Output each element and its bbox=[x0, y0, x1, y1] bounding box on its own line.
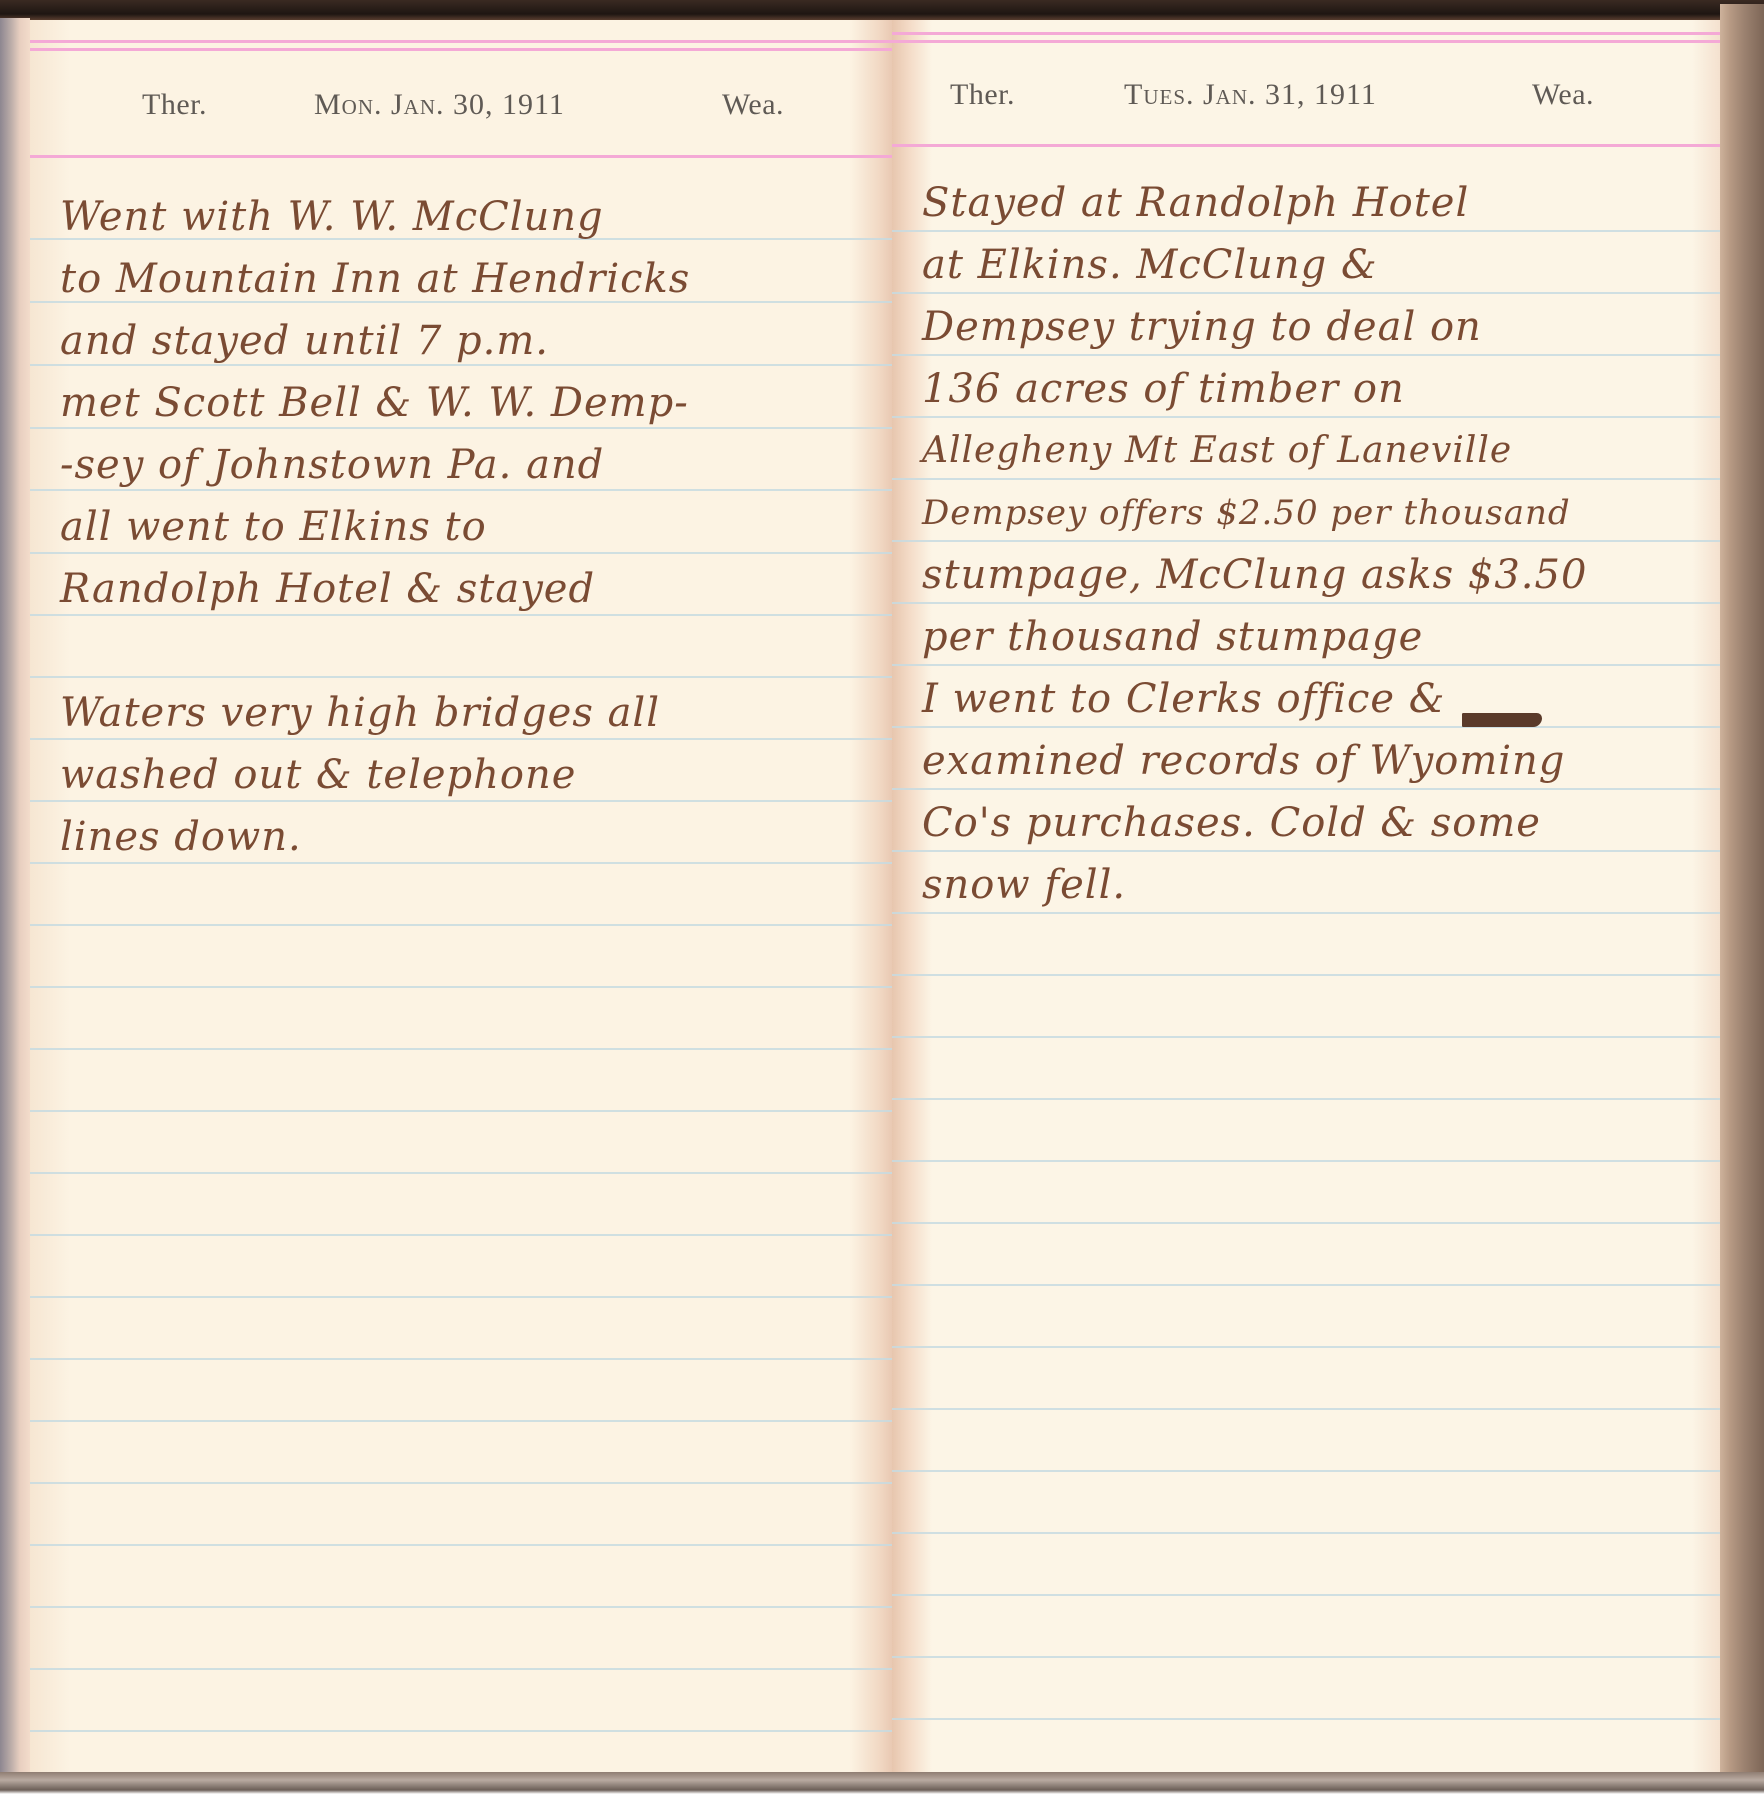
left-diary-page: Ther. Mon. Jan. 30, 1911 Wea. Went with … bbox=[30, 20, 892, 1772]
header-top-rule bbox=[30, 40, 892, 43]
entry-line: and stayed until 7 p.m. bbox=[60, 310, 690, 372]
entry-line: Co's purchases. Cold & some bbox=[922, 792, 1587, 854]
header-bottom-rule bbox=[30, 155, 892, 158]
entry-line: examined records of Wyoming bbox=[922, 730, 1587, 792]
entry-line: Dempsey trying to deal on bbox=[922, 296, 1587, 358]
entry-line: Waters very high bridges all bbox=[60, 682, 690, 744]
entry-line: stumpage, McClung asks $3.50 bbox=[922, 544, 1587, 606]
entry-line: Allegheny Mt East of Laneville bbox=[922, 420, 1587, 482]
book-bottom-edge bbox=[0, 1772, 1764, 1799]
weather-label: Wea. bbox=[1532, 78, 1594, 112]
entry-line: all went to Elkins to bbox=[60, 496, 690, 558]
thermometer-label: Ther. bbox=[142, 88, 207, 122]
entry-line: lines down. bbox=[60, 806, 690, 868]
entry-line: per thousand stumpage bbox=[922, 606, 1587, 668]
diary-entry: Stayed at Randolph Hotel at Elkins. McCl… bbox=[922, 172, 1587, 916]
page-date: Tues. Jan. 31, 1911 bbox=[1124, 78, 1377, 112]
entry-line: Dempsey offers $2.50 per thousand bbox=[922, 482, 1587, 544]
entry-line: -sey of Johnstown Pa. and bbox=[60, 434, 690, 496]
entry-line bbox=[60, 620, 690, 682]
entry-line: at Elkins. McClung & Hendricks bbox=[922, 234, 1587, 296]
entry-line: Stayed at Randolph Hotel bbox=[922, 172, 1587, 234]
entry-line: Randolph Hotel & stayed bbox=[60, 558, 690, 620]
header-bottom-rule bbox=[892, 144, 1720, 147]
ink-blot bbox=[1462, 713, 1542, 727]
book-right-edge bbox=[1720, 4, 1764, 1794]
entry-line: met Scott Bell & W. W. Demp- bbox=[60, 372, 690, 434]
entry-line: washed out & telephone bbox=[60, 744, 690, 806]
right-diary-page: Ther. Tues. Jan. 31, 1911 Wea. Stayed at… bbox=[892, 20, 1720, 1772]
diary-entry: Went with W. W. McClung to Mountain Inn … bbox=[60, 186, 690, 868]
thermometer-label: Ther. bbox=[950, 78, 1015, 112]
header-top-rule bbox=[892, 32, 1720, 35]
weather-label: Wea. bbox=[722, 88, 784, 122]
header-top-rule-2 bbox=[892, 40, 1720, 43]
entry-line: Went with W. W. McClung bbox=[60, 186, 690, 248]
entry-line: to Mountain Inn at Hendricks bbox=[60, 248, 690, 310]
entry-line: 136 acres of timber on bbox=[922, 358, 1587, 420]
entry-line: snow fell. bbox=[922, 854, 1587, 916]
book-left-edge bbox=[0, 18, 30, 1780]
page-date: Mon. Jan. 30, 1911 bbox=[314, 88, 565, 122]
header-top-rule-2 bbox=[30, 48, 892, 51]
